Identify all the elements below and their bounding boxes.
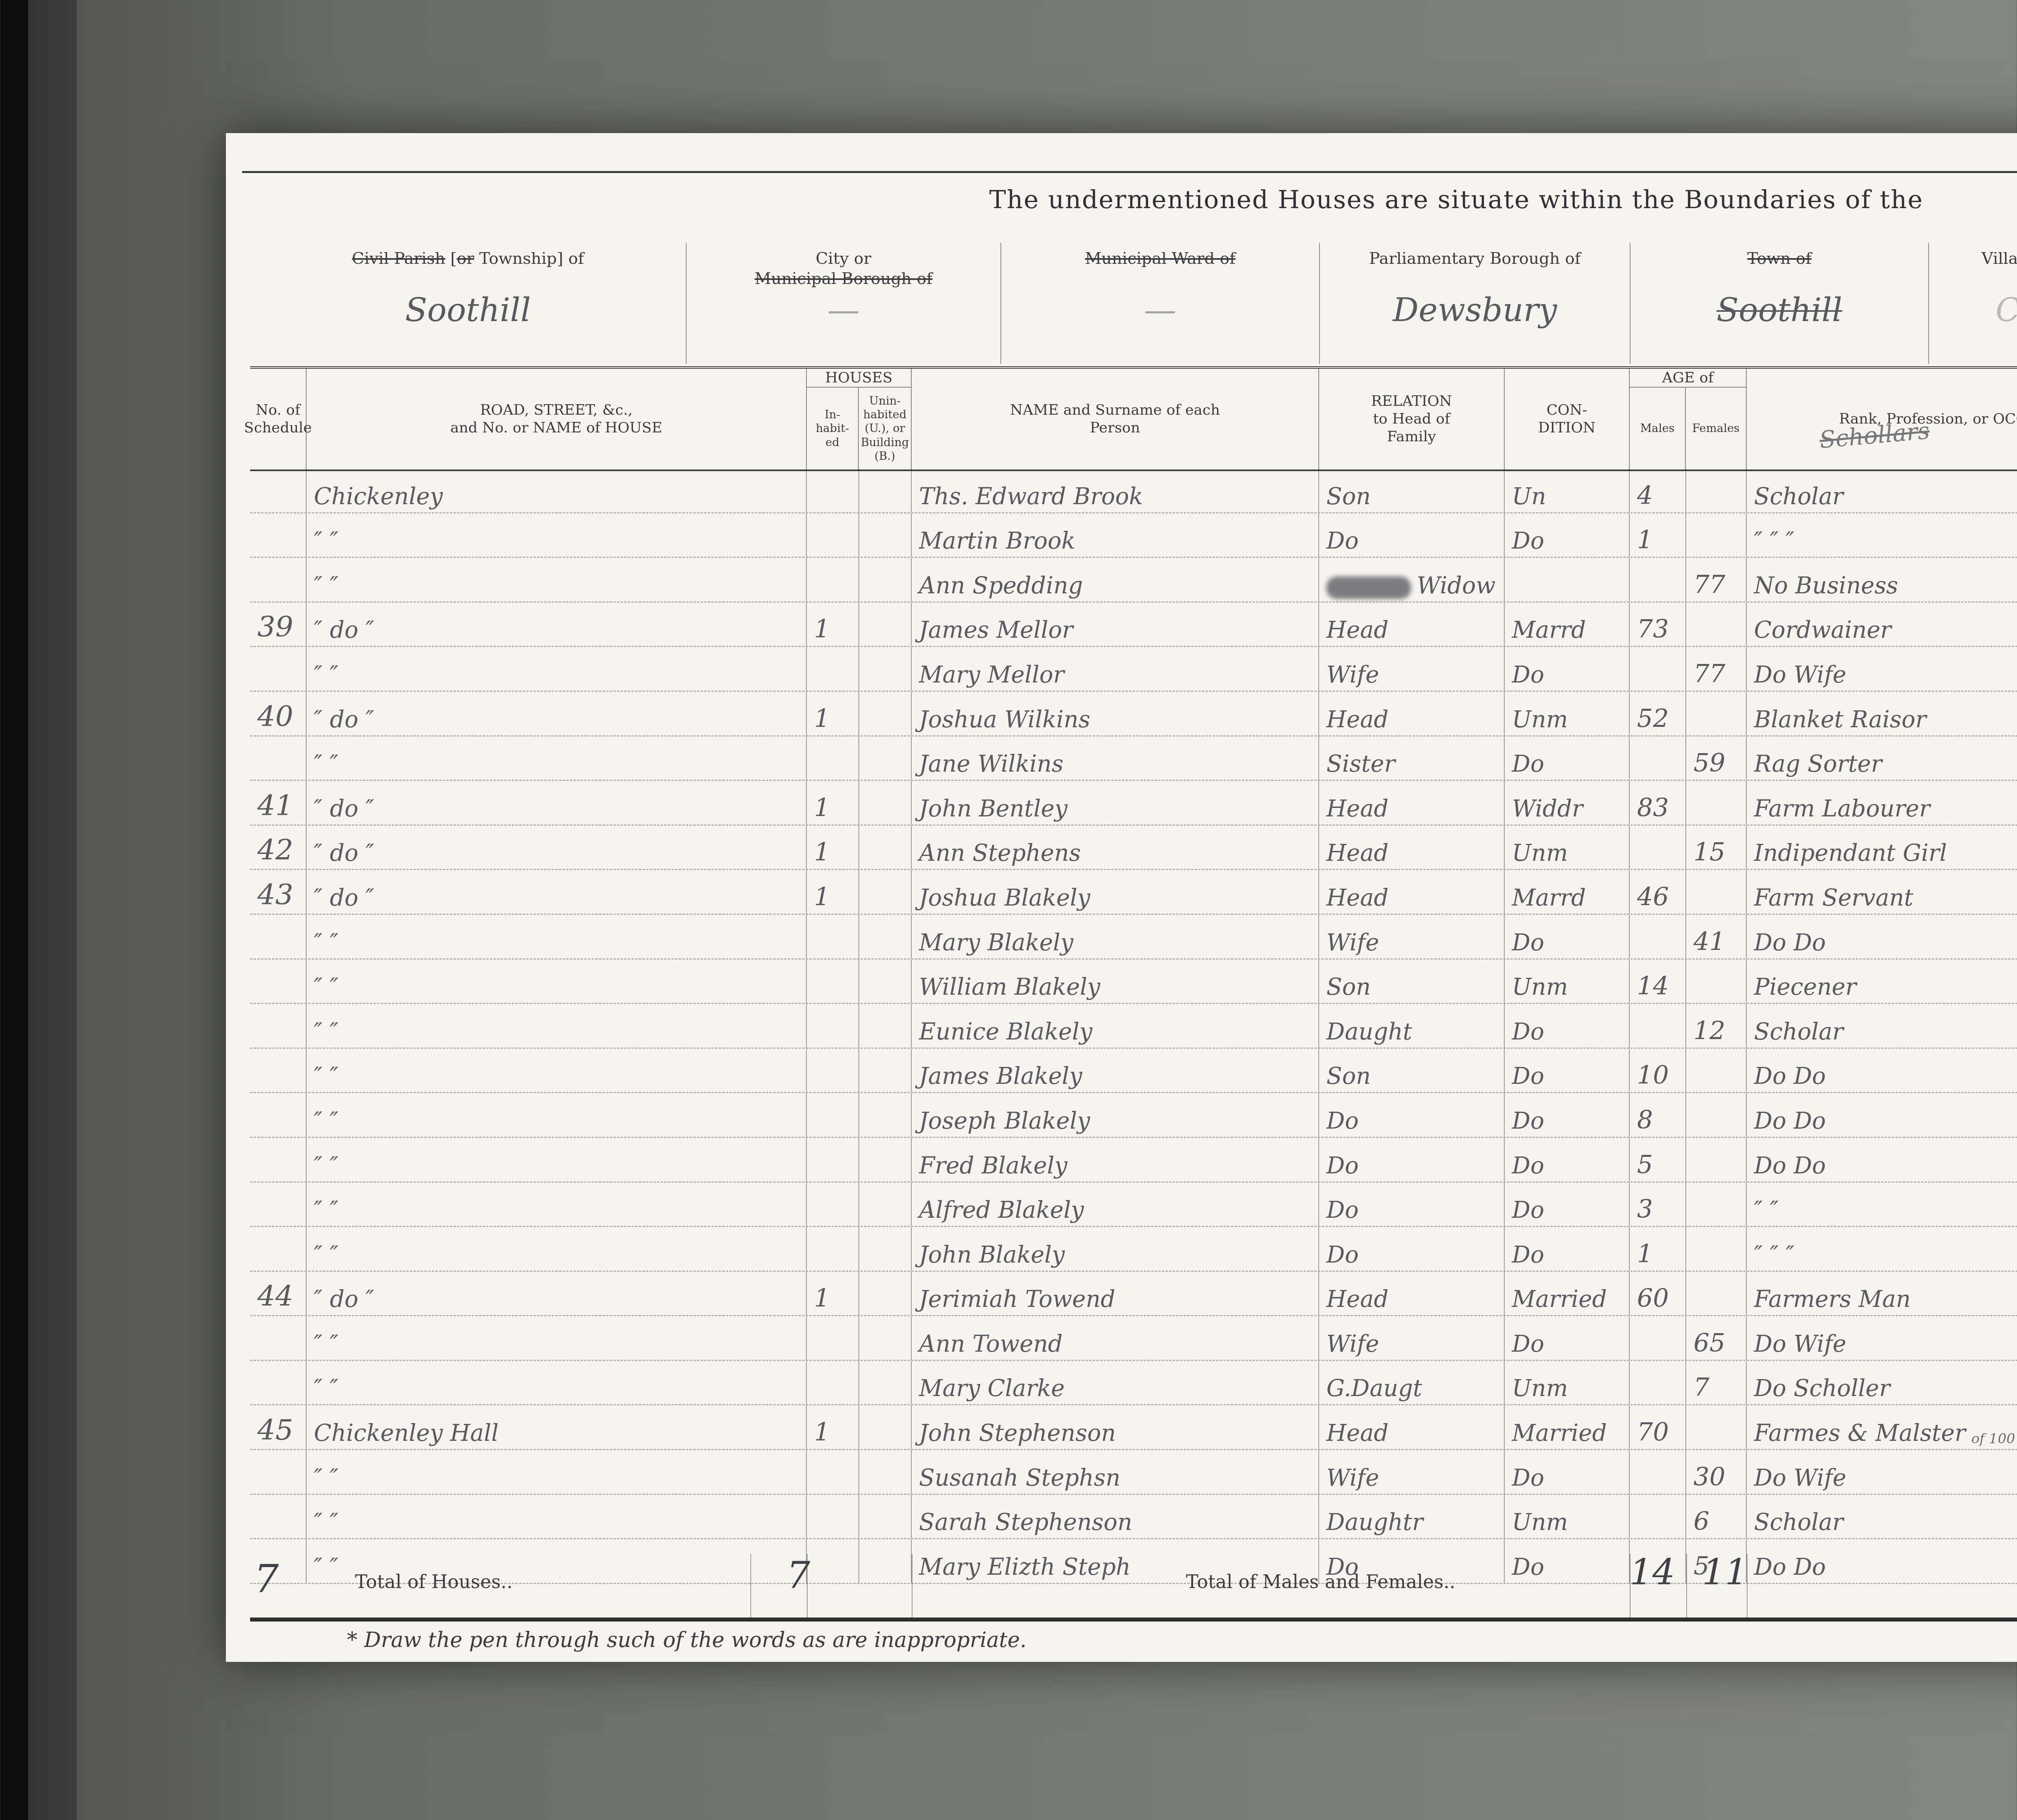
handwritten-entry: 12 (1693, 1016, 1725, 1045)
handwritten-entry: ″ do ″ (314, 795, 374, 822)
cell-m (1630, 915, 1686, 958)
cell-m (1630, 1316, 1686, 1360)
handwritten-entry: 77 (1693, 659, 1725, 688)
handwritten-entry: Widdr (1512, 795, 1583, 822)
col-age-title: AGE of (1630, 369, 1746, 388)
cell-occ: Do Wife (1747, 1450, 2017, 1494)
cell-f (1686, 1405, 1747, 1449)
col-occupation: Rank, Profession, or OCCUPATION Schollar… (1747, 369, 2017, 470)
cell-rel: Son (1319, 469, 1505, 512)
handwritten-entry: Farmers Man (1754, 1286, 1911, 1313)
handwritten-entry: Mary Clarke (919, 1375, 1065, 1402)
handwritten-entry: Do (1512, 662, 1544, 688)
col-name: NAME and Surname of each Person (912, 369, 1319, 470)
cell-occ: Scholar (1747, 1495, 2017, 1538)
handwritten-entry: Ann Towend (919, 1331, 1063, 1357)
handwritten-entry: ″ do ″ (314, 1286, 374, 1313)
cell-rel: G.Daugt (1319, 1361, 1505, 1405)
cell-m (1630, 1361, 1686, 1405)
cell-uninh (859, 737, 912, 780)
cell-rel: Head (1319, 781, 1505, 824)
cell-sched: 39 (250, 603, 307, 646)
column-headers: No. of Schedule ROAD, STREET, &c., and N… (250, 366, 2017, 471)
cell-f: 6 (1686, 1495, 1747, 1538)
cell-sched (250, 1227, 307, 1271)
cell-occ: Do Wife (1747, 1316, 2017, 1360)
handwritten-entry: Sister (1326, 751, 1395, 777)
cell-uninh (859, 915, 912, 958)
cell-f: 59 (1686, 737, 1747, 780)
cell-name: John Bentley (912, 781, 1319, 824)
table-row: ″ ″Mary BlakelyWifeDo41Do DoDo Thorp (250, 915, 2017, 960)
handwritten-entry: Son (1326, 1063, 1371, 1089)
cell-m: 1 (1630, 1227, 1686, 1271)
cell-m: 5 (1630, 1138, 1686, 1181)
cell-f: 12 (1686, 1004, 1747, 1048)
cell-m (1630, 558, 1686, 601)
handwritten-entry: 42 (257, 833, 293, 866)
cell-m: 3 (1630, 1183, 1686, 1226)
cell-f (1686, 603, 1747, 646)
handwritten-entry: ″ do ″ (314, 840, 374, 866)
table-row: ″ ″Jane WilkinsSisterDo59Rag SorterDo Do (250, 737, 2017, 781)
handwritten-entry: Head (1326, 795, 1389, 822)
cell-cond: Married (1505, 1405, 1630, 1449)
cell-inh (807, 737, 859, 780)
cell-occ: Indipendant Girl (1747, 826, 2017, 869)
handwritten-entry: ″ ″ (314, 1331, 338, 1357)
handwritten-entry: Head (1326, 617, 1389, 643)
cell-cond: Do (1505, 1004, 1630, 1048)
cell-inh (807, 1049, 859, 1092)
cell-sched: 40 (250, 692, 307, 735)
total-houses-label: Total of Houses.. (355, 1571, 513, 1592)
cell-road: ″ ″ (307, 960, 807, 1003)
cell-f (1686, 1227, 1747, 1271)
handwritten-entry: 1 (814, 1417, 830, 1446)
handwritten-entry: Do (1512, 528, 1544, 554)
cell-name: Ann Stephens (912, 826, 1319, 869)
handwritten-entry: Joseph Blakely (919, 1108, 1090, 1134)
handwritten-entry: Unm (1512, 706, 1568, 733)
handwritten-entry: ″ ″ (314, 1197, 338, 1223)
cell-sched (250, 647, 307, 691)
cell-f (1686, 870, 1747, 914)
cell-cond: Do (1505, 1227, 1630, 1271)
col-houses-title: HOUSES (807, 369, 911, 388)
cell-sched (250, 558, 307, 601)
handwritten-entry: Do (1512, 1242, 1544, 1268)
table-row: ″ ″Martin BrookDoDo1″ ″ ″Do Ossett (250, 513, 2017, 558)
handwritten-entry: ″ ″ (314, 974, 338, 1000)
header-field-town: Town ofSoothill (1630, 243, 1928, 364)
cell-rel: Head (1319, 1405, 1505, 1449)
handwritten-entry: 40 (257, 700, 293, 733)
cell-rel: Wife (1319, 647, 1505, 691)
cell-f (1686, 1049, 1747, 1092)
handwritten-entry: 77 (1693, 570, 1725, 599)
cell-sched (250, 1316, 307, 1360)
cell-uninh (859, 1450, 912, 1494)
cell-uninh (859, 1049, 912, 1092)
header-field-label: Civil Parish [or Township] of (250, 243, 686, 269)
cell-sched: 41 (250, 781, 307, 824)
col-schedule: No. of Schedule (250, 369, 307, 470)
cell-cond: Do (1505, 647, 1630, 691)
handwritten-entry: 52 (1637, 703, 1669, 733)
total-houses-value: 7 (787, 1554, 810, 1597)
cell-f (1686, 1138, 1747, 1181)
cell-sched (250, 1138, 307, 1181)
handwritten-entry: ″ do ″ (314, 617, 374, 643)
cell-f: 15 (1686, 826, 1747, 869)
header-field-label: City orMunicipal Borough of (687, 243, 1000, 289)
handwritten-entry: 1 (1637, 1239, 1653, 1268)
handwritten-entry: Scholar (1754, 1509, 1843, 1536)
cell-rel: Son (1319, 960, 1505, 1003)
col-inhabited: In- habit- ed (807, 388, 859, 470)
handwritten-entry: 70 (1637, 1417, 1669, 1446)
handwritten-entry: Wife (1326, 1331, 1379, 1357)
cell-inh (807, 647, 859, 691)
cell-inh (807, 558, 859, 601)
table-row: ″ ″Susanah StephsnWifeDo30Do WifeDo Uppe… (250, 1450, 2017, 1495)
handwritten-entry: 30 (1693, 1462, 1725, 1491)
handwritten-entry: Do Do (1754, 1063, 1826, 1089)
cell-sched (250, 469, 307, 512)
cell-occ: ″ ″ ″ (1747, 513, 2017, 557)
handwritten-entry: Head (1326, 706, 1389, 733)
handwritten-entry: Married (1512, 1286, 1607, 1313)
handwritten-entry: ″ ″ ″ (1754, 528, 1794, 554)
cell-name: Joshua Blakely (912, 870, 1319, 914)
cell-name: Mary Mellor (912, 647, 1319, 691)
cell-rel: Son (1319, 1049, 1505, 1092)
header-field-value: — (1001, 291, 1319, 329)
cell-uninh (859, 960, 912, 1003)
col-road: ROAD, STREET, &c., and No. or NAME of HO… (307, 369, 807, 470)
cell-inh: 1 (807, 826, 859, 869)
handwritten-entry: Joshua Blakely (919, 885, 1090, 911)
cell-road: ″ ″ (307, 1138, 807, 1181)
cell-sched (250, 1004, 307, 1048)
handwritten-entry: 65 (1693, 1328, 1725, 1357)
handwritten-entry: Wife (1326, 662, 1379, 688)
cell-m: 52 (1630, 692, 1686, 735)
cell-rel: Do (1319, 1138, 1505, 1181)
cell-occ: Do Do (1747, 1093, 2017, 1137)
cell-inh: 1 (807, 870, 859, 914)
cell-cond: Widdr (1505, 781, 1630, 824)
cell-uninh (859, 870, 912, 914)
cell-occ: Scholar (1747, 469, 2017, 512)
handwritten-entry: Jane Wilkins (919, 751, 1063, 777)
handwritten-entry: Head (1326, 1420, 1389, 1446)
footnote: * Draw the pen through such of the words… (347, 1628, 1027, 1652)
cell-rel: Do (1319, 1183, 1505, 1226)
cell-uninh (859, 1227, 912, 1271)
total-females-value: 11 (1702, 1551, 1748, 1593)
cell-cond (1505, 558, 1630, 601)
cell-cond: Un (1505, 469, 1630, 512)
cell-name: Jerimiah Towend (912, 1272, 1319, 1315)
handwritten-entry: ″ ″ (314, 1063, 338, 1089)
table-row: 40″ do ″1Joshua WilkinsHeadUnm52Blanket … (250, 692, 2017, 737)
table-row: ″ ″Fred BlakelyDoDo5Do DoDo Do (250, 1138, 2017, 1183)
cell-rel: Daught (1319, 1004, 1505, 1048)
handwritten-entry: 43 (257, 878, 293, 911)
header-field-label: Parliamentary Borough of (1320, 243, 1630, 269)
cell-f (1686, 1183, 1747, 1226)
header-field-value: — (687, 291, 1000, 329)
cell-uninh (859, 558, 912, 601)
cell-name: Ann Towend (912, 1316, 1319, 1360)
cell-occ: Do Scholler (1747, 1361, 2017, 1405)
cell-m (1630, 1004, 1686, 1048)
handwritten-entry: No Business (1754, 572, 1898, 599)
cell-f: 65 (1686, 1316, 1747, 1360)
table-row: ″ ″Mary MellorWifeDo77Do WifeDo Almonbur… (250, 647, 2017, 692)
cell-occ: Farm Labourer (1747, 781, 2017, 824)
cell-road: ″ ″ (307, 1183, 807, 1226)
cell-occ: Scholar (1747, 1004, 2017, 1048)
cell-sched (250, 1049, 307, 1092)
cell-sched (250, 915, 307, 958)
handwritten-entry: ″ ″ (314, 1242, 338, 1268)
table-body: ChickenleyThs. Edward BrookSonUn4Scholar… (250, 469, 2017, 1584)
top-rule (242, 171, 2017, 173)
cell-sched: 44 (250, 1272, 307, 1315)
cell-uninh (859, 1495, 912, 1538)
cell-occ: Do Do (1747, 915, 2017, 958)
cell-road: ″ do ″ (307, 603, 807, 646)
cell-rel: Widow (1319, 558, 1505, 601)
handwritten-entry: Unm (1512, 1375, 1568, 1402)
col-males: Males (1630, 388, 1686, 470)
cell-rel: Head (1319, 692, 1505, 735)
handwritten-entry: 73 (1637, 614, 1669, 643)
handwritten-entry: Blanket Raisor (1754, 706, 1926, 733)
cell-f (1686, 1272, 1747, 1315)
cell-inh: 1 (807, 603, 859, 646)
cell-inh: 1 (807, 1405, 859, 1449)
handwritten-entry: John Bentley (919, 795, 1067, 822)
handwritten-entry: Mary Blakely (919, 929, 1073, 956)
cell-name: Joseph Blakely (912, 1093, 1319, 1137)
cell-occ: Rag Sorter (1747, 737, 2017, 780)
handwritten-entry: John Stephenson (919, 1420, 1116, 1446)
cell-cond: Unm (1505, 1361, 1630, 1405)
cell-name: Joshua Wilkins (912, 692, 1319, 735)
handwritten-entry: 45 (257, 1413, 293, 1446)
handwritten-entry: 41 (1693, 927, 1725, 956)
cell-name: James Mellor (912, 603, 1319, 646)
cell-road: ″ ″ (307, 737, 807, 780)
handwritten-entry: ″ ″ (314, 1019, 338, 1045)
margin-houses-total: 7 (254, 1556, 279, 1601)
cell-cond: Do (1505, 915, 1630, 958)
cell-inh (807, 1361, 859, 1405)
handwritten-entry: Do (1326, 528, 1359, 554)
table-row: 41″ do ″1John BentleyHeadWiddr83Farm Lab… (250, 781, 2017, 826)
cell-occ: ″ ″ ″ (1747, 1227, 2017, 1271)
header-field-value: Soothill (1631, 291, 1928, 329)
cell-uninh (859, 781, 912, 824)
cell-m (1630, 826, 1686, 869)
cell-rel: Do (1319, 1227, 1505, 1271)
cell-sched (250, 1450, 307, 1494)
handwritten-entry: 4 (1637, 480, 1653, 510)
cell-f: 41 (1686, 915, 1747, 958)
header-field-value: Chickenley (1929, 291, 2017, 329)
cell-uninh (859, 1004, 912, 1048)
handwritten-entry: Daughtr (1326, 1509, 1423, 1536)
cell-cond: Do (1505, 1316, 1630, 1360)
header-field-civil-parish: Civil Parish [or Township] ofSoothill (250, 243, 686, 364)
handwritten-entry: 1 (814, 882, 830, 911)
cell-m: 60 (1630, 1272, 1686, 1315)
cell-name: Mary Clarke (912, 1361, 1319, 1405)
cell-m: 46 (1630, 870, 1686, 914)
table-row: 43″ do ″1Joshua BlakelyHeadMarrd46Farm S… (250, 870, 2017, 915)
cell-occ: Farmes & Malsterof 100 acres employs 4 m… (1747, 1405, 2017, 1449)
handwritten-entry: Do (1512, 1197, 1544, 1223)
col-relation: RELATION to Head of Family (1319, 369, 1505, 470)
occupation-scribble: Schollars (1818, 416, 1931, 454)
cell-cond: Unm (1505, 826, 1630, 869)
cell-rel: Head (1319, 870, 1505, 914)
handwritten-entry: Do (1512, 751, 1544, 777)
handwritten-entry: Chickenley Hall (314, 1420, 499, 1446)
handwritten-entry: 14 (1637, 971, 1669, 1000)
cell-m (1630, 737, 1686, 780)
cell-road: ″ ″ (307, 558, 807, 601)
table-row: 45Chickenley Hall1John StephensonHeadMar… (250, 1405, 2017, 1450)
handwritten-entry: Susanah Stephsn (919, 1465, 1120, 1491)
cell-occ: No Business (1747, 558, 2017, 601)
handwritten-entry: ″ do ″ (314, 885, 374, 911)
table-row: ″ ″Alfred BlakelyDoDo3″ ″Do Do (250, 1183, 2017, 1227)
handwritten-entry: Son (1326, 974, 1371, 1000)
handwritten-entry: Rag Sorter (1754, 751, 1882, 777)
cell-inh (807, 1093, 859, 1137)
cell-uninh (859, 1138, 912, 1181)
cell-road: ″ ″ (307, 1450, 807, 1494)
cell-m (1630, 647, 1686, 691)
handwritten-entry: 8 (1637, 1105, 1653, 1134)
handwritten-entry: 5 (1637, 1150, 1653, 1179)
cell-uninh (859, 513, 912, 557)
cell-f (1686, 781, 1747, 824)
header-field-label: Municipal Ward of (1001, 243, 1319, 269)
cell-uninh (859, 1272, 912, 1315)
handwritten-entry: 1 (814, 793, 830, 822)
cell-sched (250, 513, 307, 557)
cell-name: Ann Spedding (912, 558, 1319, 601)
cell-rel: Head (1319, 603, 1505, 646)
table-row: ChickenleyThs. Edward BrookSonUn4Scholar… (250, 469, 2017, 513)
cell-uninh (859, 692, 912, 735)
cell-road: ″ ″ (307, 1227, 807, 1271)
handwritten-entry: James Mellor (919, 617, 1073, 643)
header-field-village-hamlet: Village or Hamlet, &c., ofChickenley (1928, 243, 2017, 364)
cell-inh (807, 915, 859, 958)
table-row: ″ ″John BlakelyDoDo1″ ″ ″Do Do (250, 1227, 2017, 1272)
cell-inh (807, 1227, 859, 1271)
cell-f (1686, 960, 1747, 1003)
table-row: ″ ″Sarah StephensonDaughtrUnm6ScholarDo … (250, 1495, 2017, 1540)
cell-name: Susanah Stephsn (912, 1450, 1319, 1494)
cell-road: ″ ″ (307, 1316, 807, 1360)
cell-occ: Farmers Man (1747, 1272, 2017, 1315)
col-age: AGE of Males Females (1630, 369, 1747, 470)
header-field-value: Soothill (250, 291, 686, 329)
cell-m: 1 (1630, 513, 1686, 557)
handwritten-entry: Do (1326, 1242, 1359, 1268)
cell-occ: Farm Servant (1747, 870, 2017, 914)
handwritten-entry: Do (1512, 1063, 1544, 1089)
cell-m: 10 (1630, 1049, 1686, 1092)
handwritten-entry: Fred Blakely (919, 1152, 1067, 1179)
handwritten-entry: ″ ″ (314, 1465, 338, 1491)
cell-name: Martin Brook (912, 513, 1319, 557)
handwritten-entry: Son (1326, 483, 1371, 510)
handwritten-entry: Wife (1326, 929, 1379, 956)
header-fields: Civil Parish [or Township] ofSoothillCit… (250, 243, 2017, 364)
handwritten-entry: Ann Spedding (919, 572, 1083, 599)
handwritten-entry: G.Daugt (1326, 1375, 1422, 1402)
cell-cond: Do (1505, 737, 1630, 780)
cell-rel: Wife (1319, 1450, 1505, 1494)
occupation-note: of 100 acres employs 4 men. (1971, 1432, 2017, 1446)
handwritten-entry: ″ ″ (314, 1152, 338, 1179)
header-field-label: Village or Hamlet, &c., of (1929, 243, 2017, 269)
cell-name: William Blakely (912, 960, 1319, 1003)
cell-road: ″ ″ (307, 1361, 807, 1405)
cell-cond: Do (1505, 1450, 1630, 1494)
cell-m (1630, 1495, 1686, 1538)
cell-cond: Unm (1505, 1495, 1630, 1538)
cell-sched (250, 1093, 307, 1137)
cell-rel: Do (1319, 1093, 1505, 1137)
cell-rel: Wife (1319, 915, 1505, 958)
cell-cond: Do (1505, 1049, 1630, 1092)
header-field-parliamentary-borough: Parliamentary Borough ofDewsbury (1319, 243, 1630, 364)
handwritten-entry: 10 (1637, 1060, 1669, 1089)
cell-f (1686, 1093, 1747, 1137)
handwritten-entry: Do Scholler (1754, 1375, 1890, 1402)
cell-rel: Head (1319, 1272, 1505, 1315)
handwritten-entry: Eunice Blakely (919, 1019, 1092, 1045)
cell-sched (250, 960, 307, 1003)
cell-uninh (859, 1093, 912, 1137)
cell-name: Alfred Blakely (912, 1183, 1319, 1226)
cell-road: ″ do ″ (307, 692, 807, 735)
cell-sched (250, 737, 307, 780)
handwritten-entry: Do Do (1754, 929, 1826, 956)
cell-name: John Stephenson (912, 1405, 1319, 1449)
cell-inh (807, 1183, 859, 1226)
handwritten-entry: Cordwainer (1754, 617, 1891, 643)
handwritten-entry: ″ ″ (314, 528, 338, 554)
handwritten-entry: John Blakely (919, 1242, 1065, 1268)
cell-inh (807, 1316, 859, 1360)
table-row: ″ ″Ann SpeddingWidow77No BusinessDo Do (250, 558, 2017, 603)
cell-rel: Head (1319, 826, 1505, 869)
cell-road: ″ do ″ (307, 870, 807, 914)
cell-name: John Blakely (912, 1227, 1319, 1271)
handwritten-entry: Daught (1326, 1019, 1412, 1045)
